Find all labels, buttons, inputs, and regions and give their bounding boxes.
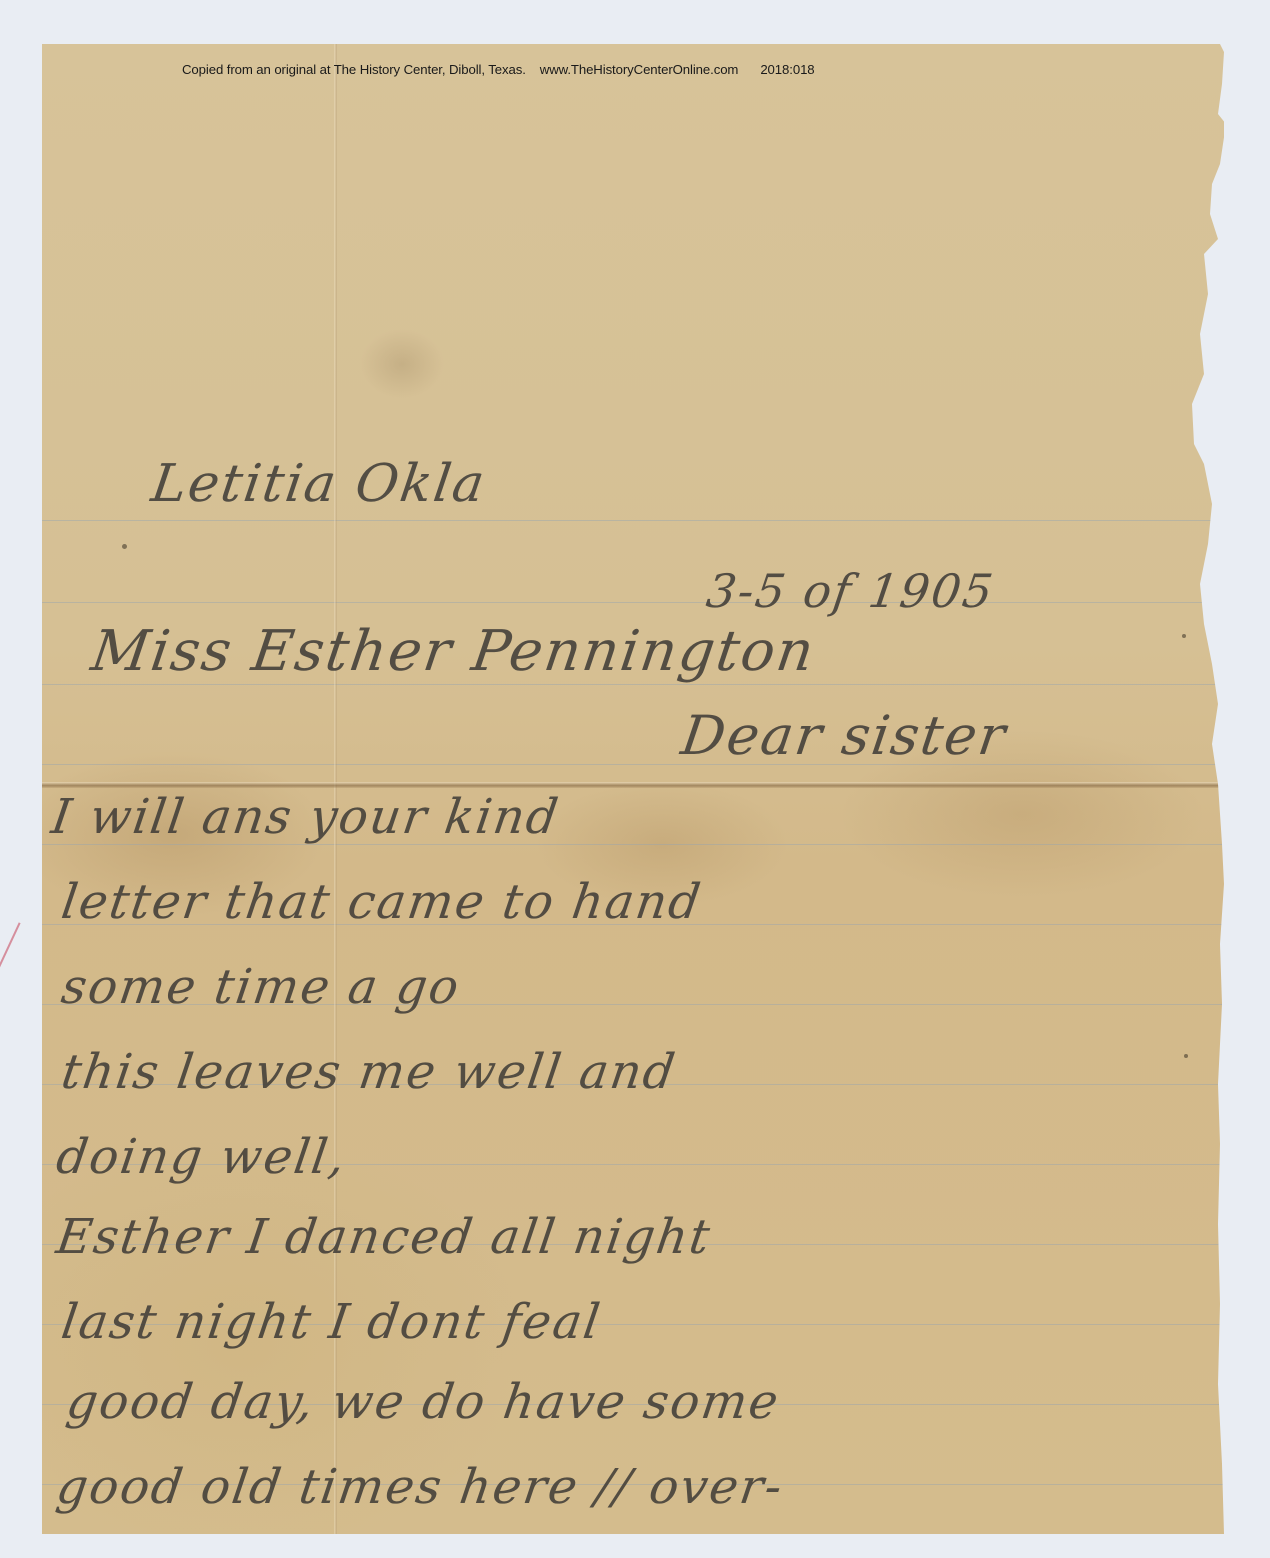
ruled-line — [42, 602, 1224, 603]
red-pen-mark — [0, 922, 21, 977]
letter-body-line: last night I dont feal — [58, 1294, 605, 1350]
letter-recipient: Miss Esther Pennington — [87, 619, 819, 684]
ruled-line — [42, 684, 1224, 685]
ruled-line — [42, 764, 1224, 765]
archive-website-text: www.TheHistoryCenterOnline.com — [540, 62, 739, 77]
archive-source-text: Copied from an original at The History C… — [182, 62, 526, 77]
letter-place: Letitia Okla — [148, 454, 490, 514]
letter-paper: Copied from an original at The History C… — [42, 44, 1224, 1534]
letter-body-line: good day, we do have some — [63, 1374, 783, 1430]
letter-date: 3-5 of 1905 — [703, 564, 998, 618]
horizontal-fold-crease — [42, 782, 1224, 788]
archive-accession-number: 2018:018 — [760, 62, 814, 77]
letter-salutation: Dear sister — [678, 704, 1011, 767]
letter-body-line: some time a go — [58, 959, 464, 1015]
letter-body-line: I will ans your kind — [48, 789, 563, 845]
ruled-line — [42, 520, 1224, 521]
letter-body-line: Esther I danced all night — [53, 1209, 715, 1265]
letter-body-line: doing well, — [53, 1129, 350, 1185]
archive-header-note: Copied from an original at The History C… — [182, 62, 815, 77]
paper-speck — [122, 544, 127, 549]
letter-body-line: good old times here // over- — [53, 1459, 787, 1515]
paper-speck — [1184, 1054, 1188, 1058]
letter-body-line: letter that came to hand — [58, 874, 705, 930]
letter-body-line: this leaves me well and — [58, 1044, 680, 1100]
paper-speck — [1182, 634, 1186, 638]
